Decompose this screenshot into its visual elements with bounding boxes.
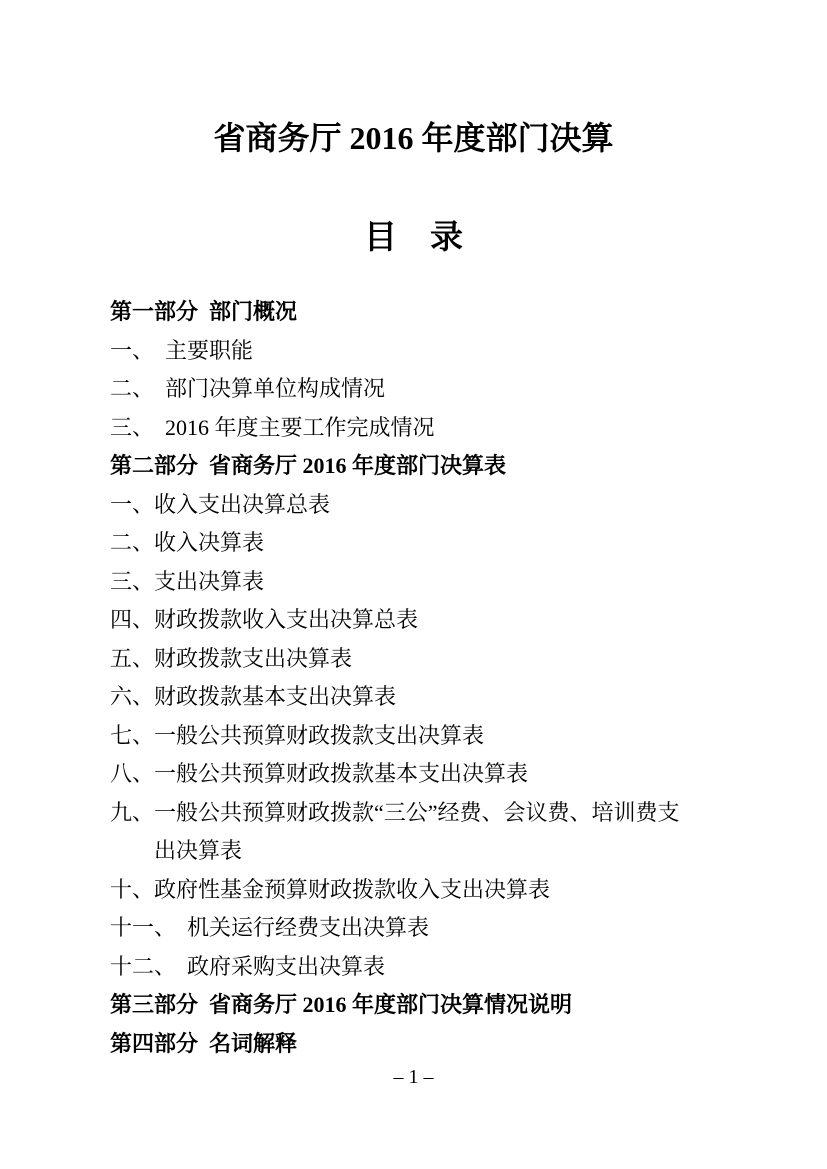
toc-item: 九、一般公共预算财政拨款“三公”经费、会议费、培训费支 bbox=[110, 794, 757, 833]
toc-heading: 目 录 bbox=[0, 216, 827, 260]
toc-section-heading: 第四部分 名词解释 bbox=[110, 1025, 757, 1064]
toc-item: 二、收入决算表 bbox=[110, 524, 757, 563]
toc-item: 十一、 机关运行经费支出决算表 bbox=[110, 909, 757, 948]
toc-item: 十、政府性基金预算财政拨款收入支出决算表 bbox=[110, 871, 757, 910]
toc-section-heading: 第二部分 省商务厅 2016 年度部门决算表 bbox=[110, 447, 757, 486]
toc-list: 第一部分 部门概况一、 主要职能二、 部门决算单位构成情况三、 2016 年度主… bbox=[110, 293, 757, 1063]
toc-item: 五、财政拨款支出决算表 bbox=[110, 640, 757, 679]
toc-item: 出决算表 bbox=[110, 832, 757, 871]
toc-item: 三、 2016 年度主要工作完成情况 bbox=[110, 409, 757, 448]
toc-section-heading: 第三部分 省商务厅 2016 年度部门决算情况说明 bbox=[110, 986, 757, 1025]
document-title: 省商务厅 2016 年度部门决算 bbox=[0, 116, 827, 160]
toc-item: 十二、 政府采购支出决算表 bbox=[110, 948, 757, 987]
toc-item: 七、一般公共预算财政拨款支出决算表 bbox=[110, 717, 757, 756]
toc-item: 一、收入支出决算总表 bbox=[110, 486, 757, 525]
page-number: – 1 – bbox=[0, 1065, 827, 1089]
toc-section-heading: 第一部分 部门概况 bbox=[110, 293, 757, 332]
toc-item: 四、财政拨款收入支出决算总表 bbox=[110, 601, 757, 640]
toc-item: 六、财政拨款基本支出决算表 bbox=[110, 678, 757, 717]
document-page: 省商务厅 2016 年度部门决算 目 录 第一部分 部门概况一、 主要职能二、 … bbox=[0, 0, 827, 1169]
toc-item: 一、 主要职能 bbox=[110, 332, 757, 371]
toc-item: 八、一般公共预算财政拨款基本支出决算表 bbox=[110, 755, 757, 794]
toc-item: 三、支出决算表 bbox=[110, 563, 757, 602]
toc-item: 二、 部门决算单位构成情况 bbox=[110, 370, 757, 409]
